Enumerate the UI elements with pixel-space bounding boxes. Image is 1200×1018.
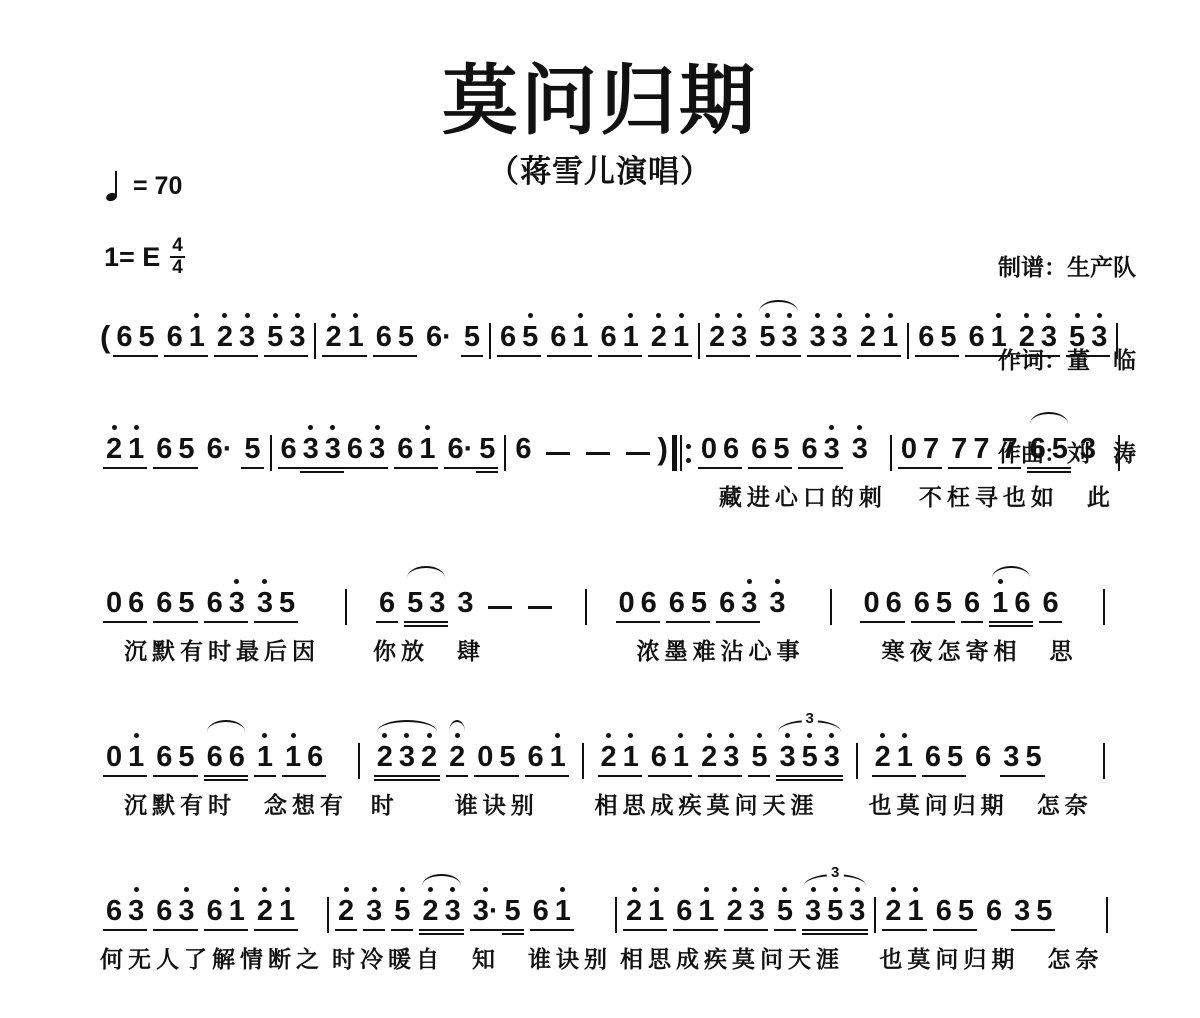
note-digit: 3 (805, 895, 821, 928)
note-digit: 3 (128, 895, 144, 928)
note: 3 (846, 886, 868, 928)
octave-dot (913, 886, 919, 895)
note-digit: 5 (802, 741, 818, 774)
octave-dot (756, 732, 762, 741)
octave-dot-slot (624, 578, 630, 587)
note: 2 (623, 886, 645, 928)
octave-dot-slot (807, 424, 813, 433)
note: 3 (1038, 312, 1060, 354)
note-digit: 6 (397, 433, 413, 466)
note: 6 (883, 578, 905, 620)
note: 2 (254, 886, 276, 928)
note-group: 6·5 (444, 424, 498, 466)
note-group: 21 (882, 886, 926, 928)
note: 2 (882, 886, 904, 928)
parenthesis: ( (100, 320, 110, 354)
note-digit: 2 (257, 895, 273, 928)
note: 3 (226, 578, 248, 620)
octave-dot-slot (728, 424, 734, 433)
note-group: 63 (798, 424, 842, 466)
note-digit: 0 (106, 741, 122, 774)
octave-dot (424, 424, 430, 433)
note: 1 (645, 886, 667, 928)
octave-dot (133, 424, 139, 433)
note-digit: 5 (1036, 895, 1052, 928)
dash-note (626, 452, 650, 455)
note: 2 (322, 312, 344, 354)
octave-dot-slot (928, 424, 934, 433)
note: 5 (1066, 312, 1088, 354)
score-line: 63636121何无人了解情断之235233·561时冷暖自 知 谁诀别2161… (100, 886, 1108, 974)
note-digit: 5 (759, 321, 775, 354)
lyric-line: 浓墨难沾心事 (613, 633, 805, 666)
note-digit: 3 (1014, 895, 1030, 928)
dash-note (546, 452, 570, 455)
octave-dot-slot (133, 578, 139, 587)
octave-dot-slot (352, 424, 358, 433)
note: 6 (204, 886, 226, 928)
note-digit: 6 (156, 741, 172, 774)
note-digit: 6 (347, 433, 363, 466)
octave-dot-slot (183, 732, 189, 741)
note: 5 (1033, 886, 1055, 928)
lyric-line: 相思成疾莫问天涯 (595, 787, 846, 820)
note: 6 (922, 732, 944, 774)
note-digit: 5 (407, 587, 423, 620)
octave-dot-slot (462, 578, 468, 587)
note-digit: 6 (751, 433, 767, 466)
note: 5 (756, 312, 778, 354)
octave-dot (399, 886, 405, 895)
lyric-line: 何无人了解情断之 (100, 941, 324, 974)
note-group: 06 (860, 578, 904, 620)
octave-dot-slot (111, 886, 117, 895)
note: 3 (363, 886, 385, 928)
note: 5 (461, 312, 483, 354)
credit-arranger: 制谱：生产队 (998, 252, 1136, 283)
note: 5 (1049, 424, 1071, 466)
note: 6 (965, 312, 987, 354)
octave-dot (832, 886, 838, 895)
note-group: 61 (673, 886, 717, 928)
octave-dot (234, 886, 240, 895)
note: 5 (175, 732, 197, 774)
note-group: 06 (698, 424, 742, 466)
note-digit: 5 (499, 741, 515, 774)
note-digit: 3 (741, 587, 757, 620)
note-digit: 0 (619, 587, 635, 620)
note: 5 (1022, 732, 1044, 774)
song-title: 莫问归期 (0, 40, 1200, 149)
score-line: 06656335沉默有时最后因6533你放 肆0665633浓墨难沾心事0665… (100, 578, 1108, 666)
note-group: 3 (1077, 424, 1099, 466)
note: 6 (666, 578, 688, 620)
note-group: 23 (1016, 312, 1060, 354)
tuplet-number: 3 (827, 864, 843, 881)
octave-dot-slot (923, 312, 929, 321)
note-group: 65 (373, 312, 417, 354)
octave-dot (194, 312, 200, 321)
barline (358, 743, 360, 779)
note-digit: 0 (106, 587, 122, 620)
barline (856, 743, 858, 779)
note-group: 65 (153, 732, 197, 774)
octave-dot (815, 312, 821, 321)
note-group: 3·5 (470, 886, 524, 928)
notes-row: 6) (509, 424, 667, 466)
note-digit: 5 (691, 587, 707, 620)
note-digit: 5 (827, 895, 843, 928)
note: 3 (454, 578, 476, 620)
octave-dot-slot (706, 424, 712, 433)
note: 0 (103, 732, 125, 774)
note-digit: 3 (1041, 321, 1057, 354)
note-digit: 5 (464, 321, 480, 354)
lyric-line: 你放 肆 (373, 633, 560, 666)
note: 1 (282, 732, 304, 774)
note-digit: 5 (394, 895, 410, 928)
note-digit: 1 (991, 321, 1007, 354)
note-digit: 3 (749, 895, 765, 928)
note: 6 (125, 578, 147, 620)
octave-dot (262, 886, 268, 895)
octave-dot (678, 732, 684, 741)
note: 6 (226, 732, 248, 774)
octave-dot (706, 732, 712, 741)
note: 6 (113, 312, 135, 354)
notes-row: 21656·5 (319, 312, 486, 354)
note-digit: 6 (229, 741, 245, 774)
octave-dot (527, 312, 533, 321)
note: 6 (911, 578, 933, 620)
octave-dot-slot (891, 578, 897, 587)
note: 6 (164, 312, 186, 354)
octave-dot-slot (381, 312, 387, 321)
note-digit: 2 (601, 741, 617, 774)
note-digit: 2 (421, 741, 437, 774)
note-group: 23 (724, 886, 768, 928)
octave-dot (330, 424, 336, 433)
note-group: 65 (153, 578, 197, 620)
note: 3 (821, 732, 843, 774)
measure: 63636121何无人了解情断之 (100, 886, 324, 974)
note-group: 23 (214, 312, 258, 354)
octave-dot (272, 312, 278, 321)
note-digit: 2 (106, 433, 122, 466)
note-digit: 6 (156, 587, 172, 620)
note: 5 (748, 732, 770, 774)
note-digit: 6 (281, 433, 297, 466)
note: 2 (214, 312, 236, 354)
note: 6 (972, 732, 994, 774)
note: 3 (366, 424, 388, 466)
note-digit: 3· (473, 895, 499, 928)
note-digit: 6 (500, 321, 516, 354)
notes-row: 21612353353 (595, 732, 846, 774)
note: 1 (988, 312, 1010, 354)
note: 2 (598, 732, 620, 774)
octave-dot (483, 886, 489, 895)
octave-dot (732, 886, 738, 895)
octave-dot-slot (284, 578, 290, 587)
note-digit: 3 (366, 895, 382, 928)
octave-dot-slot (520, 424, 526, 433)
note-digit: 3 (832, 321, 848, 354)
note-digit: 3 (1091, 321, 1107, 354)
note-digit: 1 (128, 741, 144, 774)
note: 1 (695, 886, 717, 928)
note: 1 (620, 732, 642, 774)
octave-dot (555, 732, 561, 741)
note-digit: 2 (377, 741, 393, 774)
measure: 65612353 (110, 312, 311, 354)
barline (1116, 323, 1118, 359)
note-group: 61 (530, 886, 574, 928)
note: 3 (1077, 424, 1099, 466)
note-digit: 3 (824, 741, 840, 774)
note-digit: 2 (709, 321, 725, 354)
note-digit: 6· (447, 433, 473, 466)
note: 1 (905, 886, 927, 928)
note-digit: 3 (445, 895, 461, 928)
octave-dot (890, 886, 896, 895)
note-digit: 5 (398, 321, 414, 354)
lyric-line: 寒夜怎寄相 思 (857, 633, 1077, 666)
note: 3 (849, 424, 871, 466)
octave-dot-slot (161, 886, 167, 895)
octave-dot-slot (1048, 578, 1054, 587)
measure: 65612353 (912, 312, 1113, 354)
note: 3· (470, 886, 502, 928)
note: 3 (776, 732, 798, 774)
note: 5 (276, 578, 298, 620)
octave-dot (244, 312, 250, 321)
note: 1 (547, 732, 569, 774)
note-digit: 6 (651, 741, 667, 774)
time-signature: 4 4 (170, 236, 185, 278)
dash-note (488, 606, 512, 609)
note-digit: 6 (207, 741, 223, 774)
octave-dot-slot (183, 424, 189, 433)
note-digit: 2 (422, 895, 438, 928)
note-group: 1 (254, 732, 276, 774)
note: 6 (961, 578, 983, 620)
note: 1 (894, 732, 916, 774)
measure: 06656166寒夜怎寄相 思 (857, 578, 1077, 666)
note-digit: 5 (522, 321, 538, 354)
octave-dot-slot (412, 578, 418, 587)
note-digit: 1 (128, 433, 144, 466)
octave-dot (577, 312, 583, 321)
note-group: 3 (363, 886, 385, 928)
note: 5 (476, 424, 498, 466)
barline (489, 323, 491, 359)
note-group: 61 (965, 312, 1009, 354)
note-digit: 5 (777, 895, 793, 928)
barline (1106, 897, 1108, 933)
measure: 23533321 (703, 312, 904, 354)
octave-dot (183, 886, 189, 895)
note: 2 (418, 732, 440, 774)
note-digit: 5 (138, 321, 154, 354)
note: 6 (915, 312, 937, 354)
octave-dot (865, 312, 871, 321)
octave-dot-slot (538, 886, 544, 895)
octave-dot-slot (434, 578, 440, 587)
measure: 21612353353相思成疾莫问天涯 (595, 732, 846, 820)
octave-dot (234, 578, 240, 587)
note-digit: 2 (338, 895, 354, 928)
octave-dot (133, 886, 139, 895)
note-digit: 6 (964, 587, 980, 620)
note-digit: 1 (279, 895, 295, 928)
lyric-line: 时 谁诀别 (371, 787, 572, 820)
note: 3 (821, 424, 843, 466)
tempo-marking: = 70 (106, 170, 182, 202)
note-digit: 0 (863, 587, 879, 620)
note-digit: 3 (457, 587, 473, 620)
note-digit: 6 (128, 587, 144, 620)
measure: 07777653不枉寻也如 此 (895, 424, 1115, 512)
note-digit: 2 (1019, 321, 1035, 354)
note: 1 (670, 732, 692, 774)
octave-dot-slot (286, 424, 292, 433)
repeat-sign (672, 435, 691, 471)
notes-row: 016566116 (100, 732, 348, 774)
note: 3 (396, 732, 418, 774)
measure: 21656·5 (100, 424, 267, 466)
note-group: 2 (335, 886, 357, 928)
note-group: 61 (164, 312, 208, 354)
note-digit: 5 (773, 433, 789, 466)
note-group: 65 (911, 578, 955, 620)
note: 1 (552, 886, 574, 928)
note-digit: 1 (673, 321, 689, 354)
octave-dot-slot (183, 578, 189, 587)
note-group: 63 (103, 886, 147, 928)
octave-dot-slot (1019, 578, 1025, 587)
note-digit: 3 (782, 321, 798, 354)
octave-dot (331, 312, 337, 321)
octave-dot-slot (111, 578, 117, 587)
note-digit: 6 (925, 741, 941, 774)
octave-dot (374, 424, 380, 433)
barline (1103, 589, 1105, 625)
barline (890, 435, 892, 471)
octave-dot (628, 312, 634, 321)
note-digit: 3 (1003, 741, 1019, 774)
note-digit: 5 (267, 321, 283, 354)
note: 5 (241, 424, 263, 466)
octave-dot (807, 732, 813, 741)
note-digit: 3 (369, 433, 385, 466)
octave-dot (111, 424, 117, 433)
note-digit: 5 (279, 587, 295, 620)
note-group: 06 (616, 578, 660, 620)
note-group: 21 (103, 424, 147, 466)
octave-dot-slot (484, 424, 490, 433)
measure: 235233·561时冷暖自 知 谁诀别 (332, 886, 612, 974)
notes-row: 63363616·5 (275, 424, 502, 466)
repeat-thick-bar (672, 435, 677, 471)
note-digit: 1 (623, 741, 639, 774)
note-digit: 2 (217, 321, 233, 354)
note: 3 (322, 424, 344, 466)
octave-dot (427, 886, 433, 895)
note: 5 (135, 312, 157, 354)
barline (582, 743, 584, 779)
lyric-line: 时冷暖自 知 谁诀别 (332, 941, 612, 974)
repeat-dot (686, 444, 691, 449)
note: 3 (175, 886, 197, 928)
octave-dot (353, 312, 359, 321)
octave-dot (754, 886, 760, 895)
octave-dot (290, 732, 296, 741)
quarter-note-icon (106, 170, 121, 202)
note-digit: 2 (875, 741, 891, 774)
measure: 0665633浓墨难沾心事 (613, 578, 805, 666)
note: 1 (416, 424, 438, 466)
note-group: 21 (598, 732, 642, 774)
note-digit: 7 (1001, 433, 1017, 466)
octave-dot-slot (941, 578, 947, 587)
note-group: 6 (376, 578, 398, 620)
note-digit: 6 (968, 321, 984, 354)
note-group: 63 (204, 578, 248, 620)
lyric-line: 沉默有时最后因 (100, 633, 320, 666)
note: 3 (1088, 312, 1110, 354)
note: 3 (807, 312, 829, 354)
note: 6 (748, 424, 770, 466)
octave-dot (371, 886, 377, 895)
note: 5 (688, 578, 710, 620)
octave-dot (404, 732, 410, 741)
note: 6 (497, 312, 519, 354)
note-group: 6 (961, 578, 983, 620)
note-digit: 1 (555, 895, 571, 928)
note-digit: 5 (1069, 321, 1085, 354)
note-digit: 5 (505, 895, 521, 928)
octave-dot (1046, 312, 1052, 321)
note-digit: 2 (626, 895, 642, 928)
note: 3 (286, 312, 308, 354)
barline (504, 435, 506, 471)
note-digit: 6 (376, 321, 392, 354)
notes-row: 0665633 (613, 578, 805, 620)
note-group: 06 (103, 578, 147, 620)
note-group: 53 (756, 312, 800, 354)
octave-dot (426, 732, 432, 741)
note: 1 (879, 312, 901, 354)
note-digit: 2 (325, 321, 341, 354)
octave-dot-slot (504, 732, 510, 741)
note-digit: 6 (1030, 433, 1046, 466)
note-digit: 0 (477, 741, 493, 774)
octave-dot-slot (945, 312, 951, 321)
note-digit: 2 (449, 741, 465, 774)
note: 3 (738, 578, 760, 620)
note: 5 (799, 732, 821, 774)
note-digit: 6 (116, 321, 132, 354)
barline (615, 897, 617, 933)
note: 2 (872, 732, 894, 774)
note-group: 6 (983, 886, 1005, 928)
note: 6 (344, 424, 366, 466)
repeat-thin-bar (680, 435, 682, 471)
octave-dot (656, 312, 662, 321)
note-digit: 1 (229, 895, 245, 928)
note: 6 (1039, 578, 1061, 620)
